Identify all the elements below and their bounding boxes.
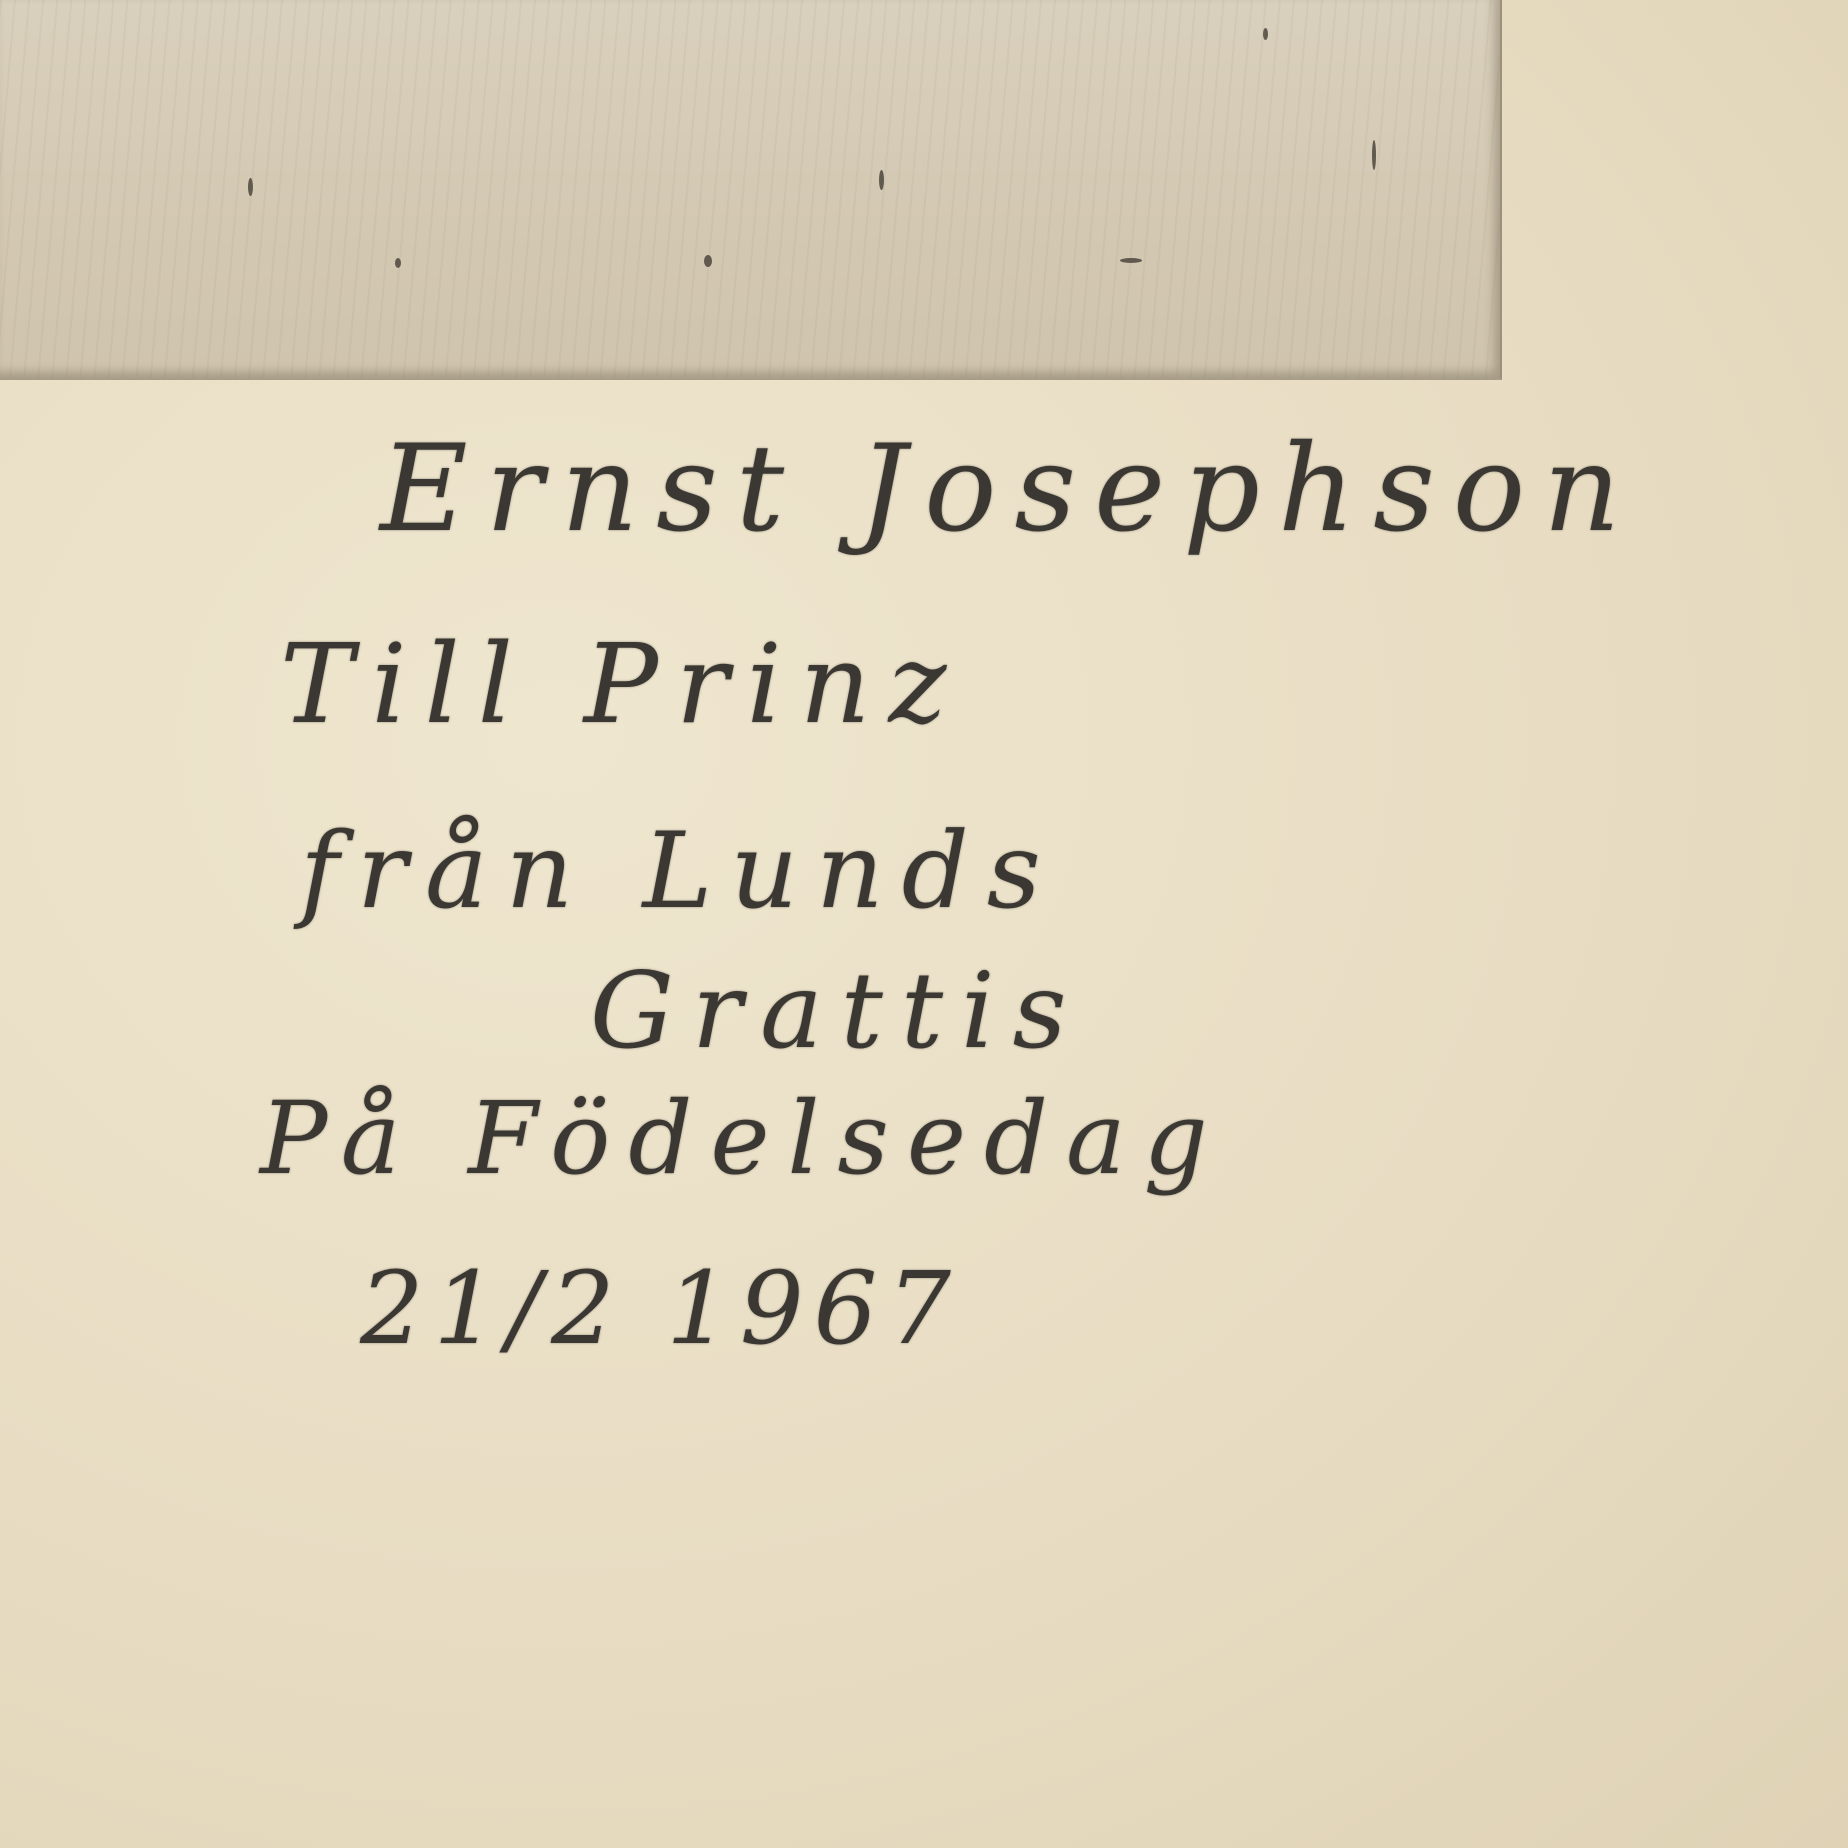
inscription-line-5: På Födelsedag (260, 1080, 1226, 1197)
plate-mark (704, 255, 712, 267)
plate-mark (395, 258, 401, 268)
plate-mark (879, 170, 884, 190)
plate-mark (248, 178, 253, 196)
inscription-line-1: Ernst Josephson (380, 420, 1638, 559)
plate-mark (1372, 140, 1376, 170)
inscription-line-2: Till Prinz (280, 620, 964, 748)
plate-mark (1120, 258, 1142, 263)
etching-plate-area (0, 0, 1502, 380)
plate-mark (1263, 28, 1268, 40)
inscription-line-4: Grattis (590, 950, 1085, 1072)
inscription-line-3: från Lunds (300, 810, 1059, 932)
inscription-date: 21/2 1967 (360, 1250, 961, 1367)
